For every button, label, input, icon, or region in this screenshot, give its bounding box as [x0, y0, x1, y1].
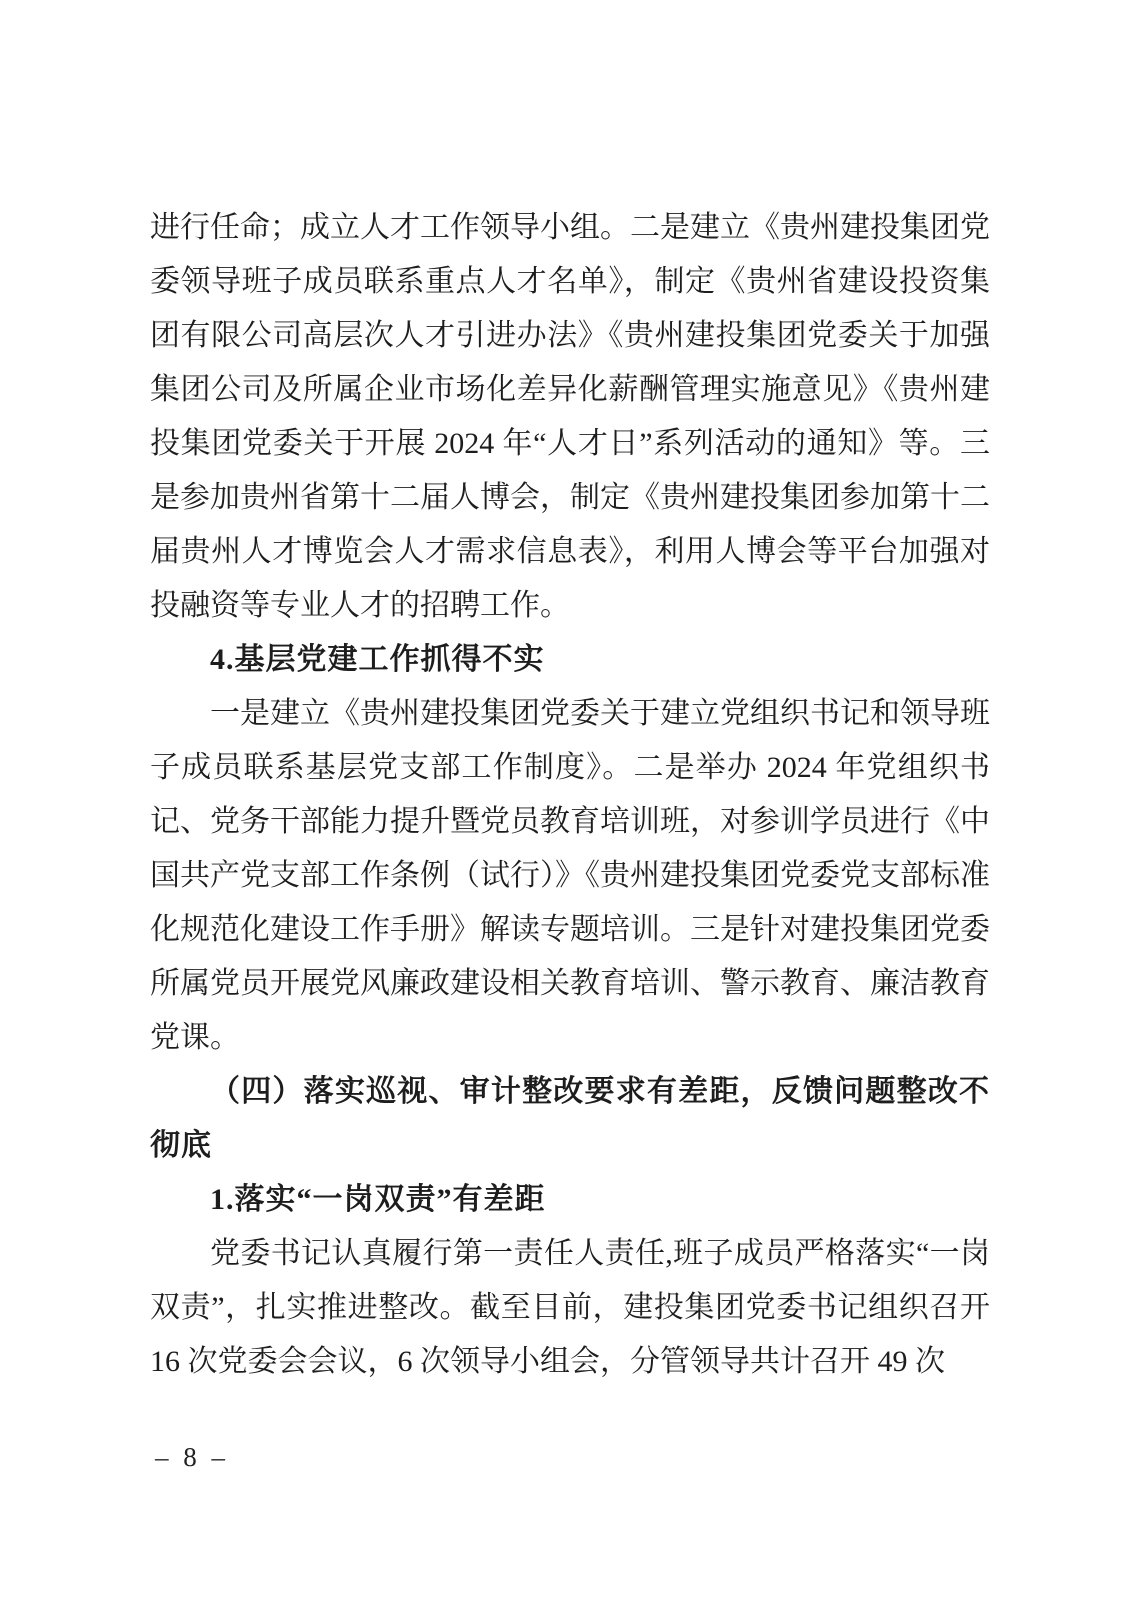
- body-paragraph-continuation: 进行任命；成立人才工作领导小组。二是建立《贵州建投集团党委领导班子成员联系重点人…: [150, 201, 990, 633]
- section-heading-level2: （四）落实巡视、审计整改要求有差距，反馈问题整改不彻底: [150, 1065, 990, 1173]
- body-paragraph: 党委书记认真履行第一责任人责任,班子成员严格落实“一岗双责”，扎实推进整改。截至…: [150, 1227, 990, 1389]
- body-paragraph: 一是建立《贵州建投集团党委关于建立党组织书记和领导班子成员联系基层党支部工作制度…: [150, 687, 990, 1065]
- section-heading-level3: 4.基层党建工作抓得不实: [150, 633, 990, 687]
- document-page: 进行任命；成立人才工作领导小组。二是建立《贵州建投集团党委领导班子成员联系重点人…: [0, 0, 1131, 1600]
- section-heading-level3: 1.落实“一岗双责”有差距: [150, 1173, 990, 1227]
- page-body: 进行任命；成立人才工作领导小组。二是建立《贵州建投集团党委领导班子成员联系重点人…: [150, 201, 990, 1389]
- page-number: – 8 –: [155, 1442, 229, 1473]
